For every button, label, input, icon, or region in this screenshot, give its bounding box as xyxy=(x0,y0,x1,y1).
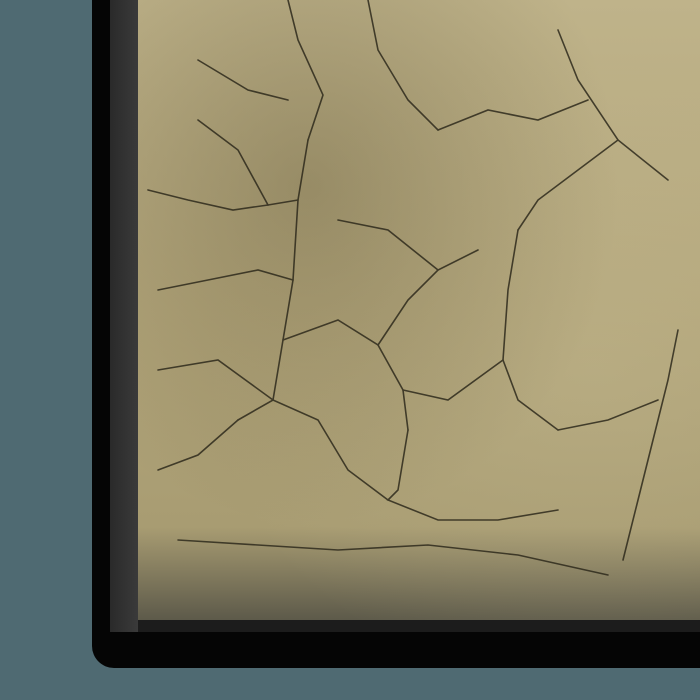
frame-side xyxy=(110,0,138,632)
crack-pattern xyxy=(138,0,700,620)
crackle-canvas xyxy=(138,0,700,620)
